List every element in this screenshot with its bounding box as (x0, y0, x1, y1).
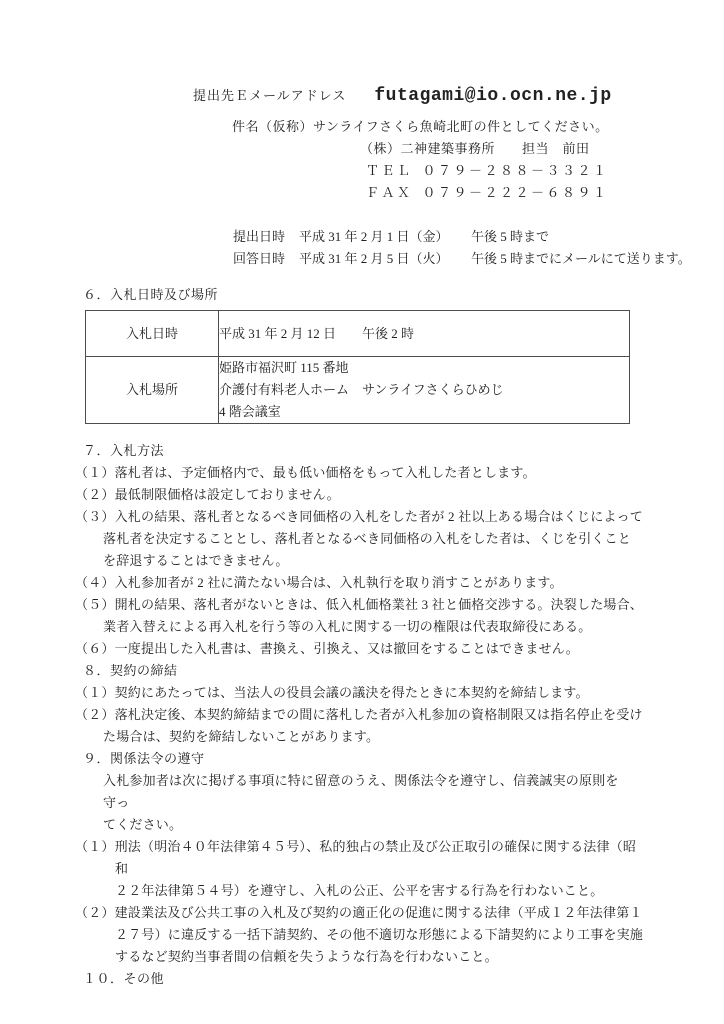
section-legal-compliance: ９．関係法令の遵守 入札参加者は次に掲げる事項に特に留意のうえ、関係法令を遵守し… (75, 748, 704, 968)
deadline-block: 提出日時平成 31 年 2 月 1 日（金）午後 5 時まで 回答日時平成 31… (233, 226, 704, 270)
document-body-sections: ７．入札方法 （１）落札者は、予定価格内で、最も低い価格をもって入札した者としま… (75, 440, 704, 990)
list-item: （２）建設業法及び公共工事の入札及び契約の適正化の促進に関する法律（平成１２年法… (75, 902, 647, 968)
fax-line: ＦＡＸ０７９－２２２－６８９１ (366, 182, 704, 204)
document-header: 提出先Ｅメールアドレスfutagami@io.ocn.ne.jp 件名（仮称）サ… (75, 82, 704, 204)
bid-place-value: 姫路市福沢町 115 番地 介護付有料老人ホーム サンライフさくらひめじ 4 階… (219, 357, 630, 424)
bid-datetime-value: 平成 31 年 2 月 12 日 午後 2 時 (219, 311, 630, 357)
list-item: （６）一度提出した入札書は、書換え、引換え、又は撤回をすることはできません。 (75, 638, 643, 660)
list-item: （３）入札の結果、落札者となるべき同価格の入札をした者が 2 社以上ある場合はく… (75, 506, 643, 572)
submission-label: 提出日時 (233, 226, 285, 248)
section6-heading: ６．入札日時及び場所 (83, 284, 704, 306)
subject-note: 件名（仮称）サンライフさくら魚崎北町の件としてください。 (232, 116, 704, 138)
reply-label: 回答日時 (233, 248, 285, 270)
table-row: 入札場所 姫路市福沢町 115 番地 介護付有料老人ホーム サンライフさくらひめ… (86, 357, 630, 424)
bid-place-building: 介護付有料老人ホーム サンライフさくらひめじ (219, 379, 629, 401)
section7-heading: ７．入札方法 (83, 440, 704, 462)
table-row: 入札日時 平成 31 年 2 月 12 日 午後 2 時 (86, 311, 630, 357)
submission-date: 平成 31 年 2 月 1 日（金） (299, 226, 471, 248)
tel-number: ０７９－２８８－３３２１ (423, 163, 609, 178)
section-contract-conclusion: ８．契約の締結 （１）契約にあたっては、当法人の役員会議の議決を得たときに本契約… (75, 660, 704, 748)
bid-place-room: 4 階会議室 (219, 401, 629, 423)
list-item: （４）入札参加者が 2 社に満たない場合は、入札執行を取り消すことがあります。 (75, 572, 643, 594)
submission-note: 午後 5 時まで (471, 229, 549, 244)
company-contact-line: （株）二神建築事務所 担当 前田 (360, 138, 704, 160)
bid-place-label: 入札場所 (86, 357, 219, 424)
list-item: （２）最低制限価格は設定しておりません。 (75, 484, 643, 506)
list-item: （２）落札決定後、本契約締結までの間に落札した者が入札参加の資格制限又は指名停止… (75, 704, 643, 748)
submission-deadline-line: 提出日時平成 31 年 2 月 1 日（金）午後 5 時まで (233, 226, 704, 248)
fax-number: ０７９－２２２－６８９１ (423, 185, 609, 200)
list-item: （１）契約にあたっては、当法人の役員会議の議決を得たときに本契約を締結します。 (75, 682, 643, 704)
tel-label: ＴＥＬ (366, 163, 413, 178)
section10-heading: １０．その他 (83, 968, 704, 990)
section8-heading: ８．契約の締結 (83, 660, 704, 682)
email-label: 提出先Ｅメールアドレス (193, 88, 346, 103)
email-address: futagami@io.ocn.ne.jp (374, 86, 611, 106)
bid-datetime-text: 平成 31 年 2 月 12 日 午後 2 時 (219, 323, 629, 345)
list-item: （１）落札者は、予定価格内で、最も低い価格をもって入札した者とします。 (75, 462, 643, 484)
bid-datetime-label: 入札日時 (86, 311, 219, 357)
reply-note: 午後 5 時までにメールにて送ります。 (471, 251, 691, 266)
bid-info-table: 入札日時 平成 31 年 2 月 12 日 午後 2 時 入札場所 姫路市福沢町… (85, 310, 630, 424)
section9-intro: 入札参加者は次に掲げる事項に特に留意のうえ、関係法令を遵守し、信義誠実の原則を守… (75, 770, 620, 836)
email-line: 提出先Ｅメールアドレスfutagami@io.ocn.ne.jp (193, 82, 704, 110)
list-item: （１）刑法（明治４０年法律第４５号）、私的独占の禁止及び公正取引の確保に関する法… (75, 836, 647, 902)
section-bid-datetime-place: ６．入札日時及び場所 入札日時 平成 31 年 2 月 12 日 午後 2 時 … (75, 284, 704, 424)
fax-label: ＦＡＸ (366, 185, 413, 200)
reply-date: 平成 31 年 2 月 5 日（火） (299, 248, 471, 270)
list-item: （５）開札の結果、落札者がないときは、低入札価格業社 3 社と価格交渉する。決裂… (75, 594, 643, 638)
section9-heading: ９．関係法令の遵守 (83, 748, 704, 770)
document-page: 提出先Ｅメールアドレスfutagami@io.ocn.ne.jp 件名（仮称）サ… (0, 0, 724, 1024)
tel-line: ＴＥＬ０７９－２８８－３３２１ (366, 160, 704, 182)
section-bid-method: ７．入札方法 （１）落札者は、予定価格内で、最も低い価格をもって入札した者としま… (75, 440, 704, 660)
reply-deadline-line: 回答日時平成 31 年 2 月 5 日（火）午後 5 時までにメールにて送ります… (233, 248, 704, 270)
bid-place-address: 姫路市福沢町 115 番地 (219, 357, 629, 379)
section-other: １０．その他 (75, 968, 704, 990)
